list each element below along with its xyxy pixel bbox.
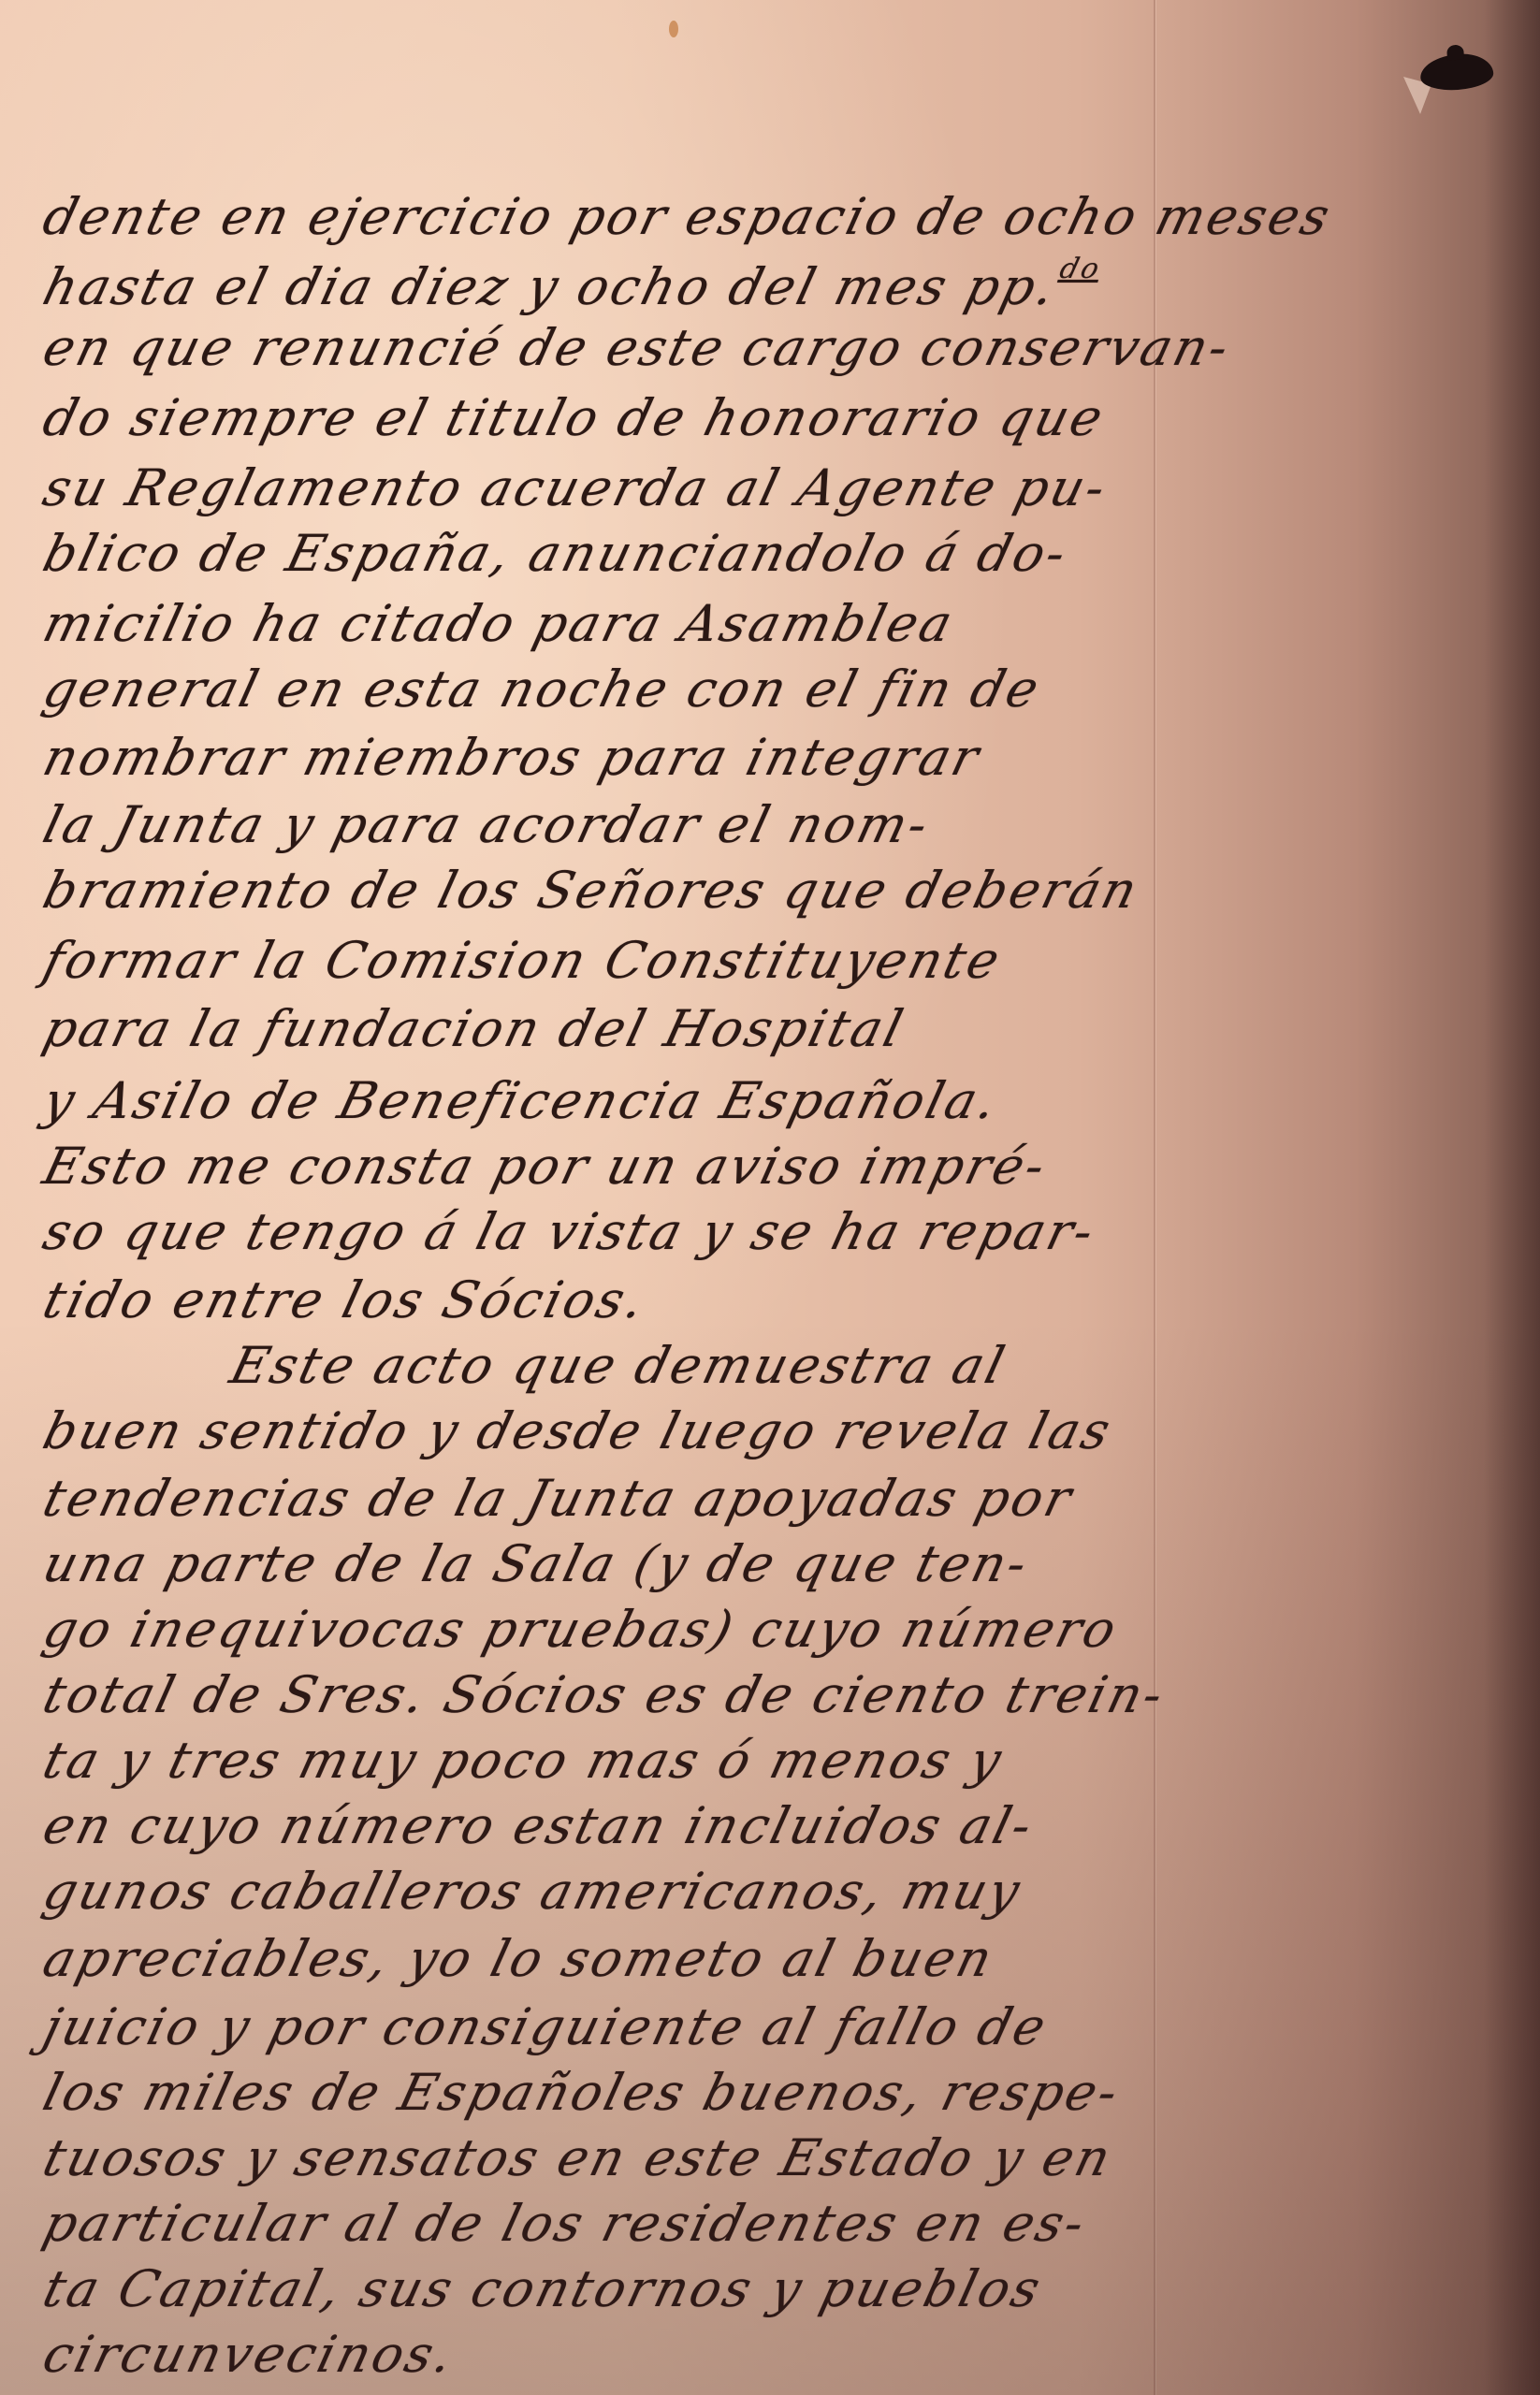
text-line: hasta el dia diez y ocho del mes pp.do: [37, 253, 1105, 316]
text-line: los miles de Españoles buenos, respe-: [37, 2063, 1126, 2122]
text-line: nombrar miembros para integrar: [37, 728, 987, 787]
manuscript-page: dente en ejercicio por espacio de ocho m…: [0, 0, 1540, 2395]
text-line: general en esta noche con el fin de: [37, 660, 1047, 718]
text-line: apreciables, yo lo someto al buen: [37, 1929, 1000, 1988]
text-line-body: hasta el dia diez y ocho del mes pp.: [37, 257, 1064, 316]
text-line: total de Sres. Sócios es de ciento trein…: [37, 1665, 1171, 1724]
text-line: micilio ha citado para Asamblea: [37, 594, 961, 653]
text-line: tuosos y sensatos en este Estado y en: [37, 2128, 1119, 2187]
paper-stain: [669, 21, 678, 37]
text-line: tido entre los Sócios.: [37, 1270, 652, 1329]
text-line: go inequivocas pruebas) cuyo número: [37, 1600, 1125, 1659]
text-line: y Asilo de Beneficencia Española.: [37, 1071, 1005, 1130]
abbreviation-superscript: do: [1056, 253, 1105, 285]
text-line: circunvecinos.: [37, 2325, 461, 2384]
text-line: tendencias de la Junta apoyadas por: [37, 1469, 1080, 1528]
text-line: blico de España, anunciandolo á do-: [37, 524, 1074, 583]
text-line: para la fundacion del Hospital: [37, 999, 911, 1058]
text-line: Esto me consta por un aviso impré-: [37, 1137, 1053, 1196]
text-line: ta y tres muy poco mas ó menos y: [37, 1731, 1010, 1790]
text-line: ta Capital, sus contornos y pueblos: [37, 2259, 1049, 2318]
paragraph-start-line: Este acto que demuestra al: [225, 1336, 1012, 1395]
text-line: particular al de los residentes en es-: [37, 2194, 1093, 2253]
text-line: una parte de la Sala (y de que ten-: [37, 1534, 1036, 1593]
text-line: en cuyo número estan incluidos al-: [37, 1796, 1040, 1855]
text-line: so que tengo á la vista y se ha repar-: [37, 1202, 1102, 1261]
text-line: la Junta y para acordar el nom-: [37, 795, 937, 854]
text-line: juicio y por consiguiente al fallo de: [37, 1997, 1054, 2056]
text-line: formar la Comision Constituyente: [37, 931, 1008, 990]
text-line: en que renuncié de este cargo conservan-: [37, 318, 1237, 377]
text-line: bramiento de los Señores que deberán: [37, 861, 1145, 920]
text-line: su Reglamento acuerda al Agente pu-: [37, 458, 1114, 517]
text-line: gunos caballeros americanos, muy: [37, 1862, 1028, 1921]
text-line: buen sentido y desde luego revela las: [37, 1401, 1119, 1460]
edge-shadow: [1484, 0, 1540, 2395]
text-line: dente en ejercicio por espacio de ocho m…: [37, 187, 1338, 246]
text-line: do siempre el titulo de honorario que: [37, 388, 1111, 447]
